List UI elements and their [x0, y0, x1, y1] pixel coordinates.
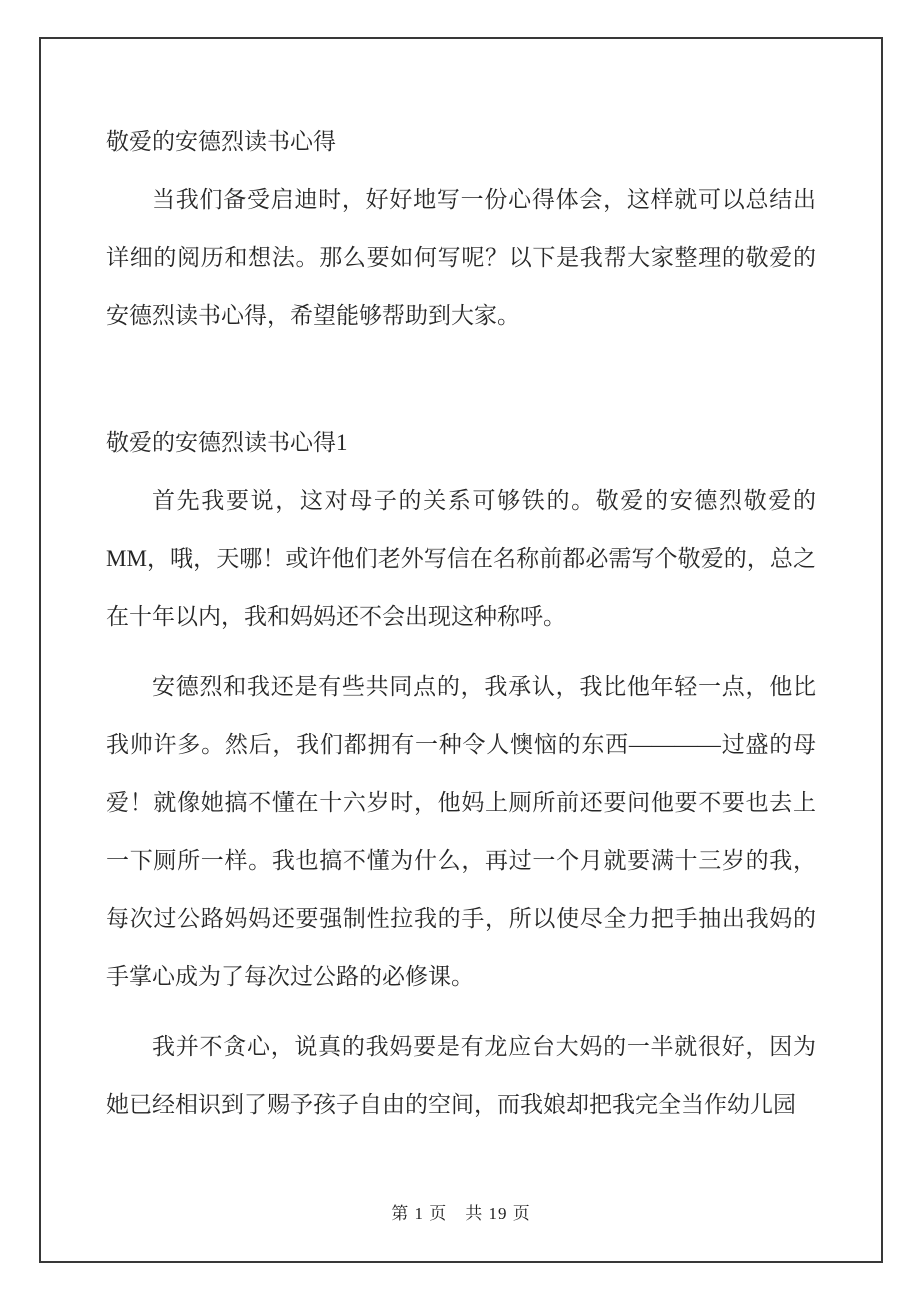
- document-page: 敬爱的安德烈读书心得 当我们备受启迪时，好好地写一份心得体会，这样就可以总结出详…: [39, 37, 883, 1263]
- body-paragraph-1: 首先我要说，这对母子的关系可够铁的。敬爱的安德烈敬爱的MM，哦，天哪！或许他们老…: [106, 472, 816, 646]
- body-paragraph-2: 安德烈和我还是有些共同点的，我承认，我比他年轻一点，他比我帅许多。然后，我们都拥…: [106, 658, 816, 1006]
- document-body: 敬爱的安德烈读书心得 当我们备受启迪时，好好地写一份心得体会，这样就可以总结出详…: [41, 39, 881, 1134]
- body-paragraph-3: 我并不贪心，说真的我妈要是有龙应台大妈的一半就很好，因为她已经相识到了赐予孩子自…: [106, 1018, 816, 1134]
- intro-paragraph: 当我们备受启迪时，好好地写一份心得体会，这样就可以总结出详细的阅历和想法。那么要…: [106, 171, 816, 345]
- section-heading: 敬爱的安德烈读书心得1: [106, 414, 816, 472]
- document-canvas: { "doc": { "title": "敬爱的安德烈读书心得", "intro…: [0, 0, 920, 1302]
- page-footer: 第 1 页共 19 页: [41, 1203, 881, 1225]
- page-number-current: 第 1 页: [391, 1204, 447, 1223]
- doc-title: 敬爱的安德烈读书心得: [106, 113, 816, 171]
- page-number-total: 共 19 页: [465, 1204, 531, 1223]
